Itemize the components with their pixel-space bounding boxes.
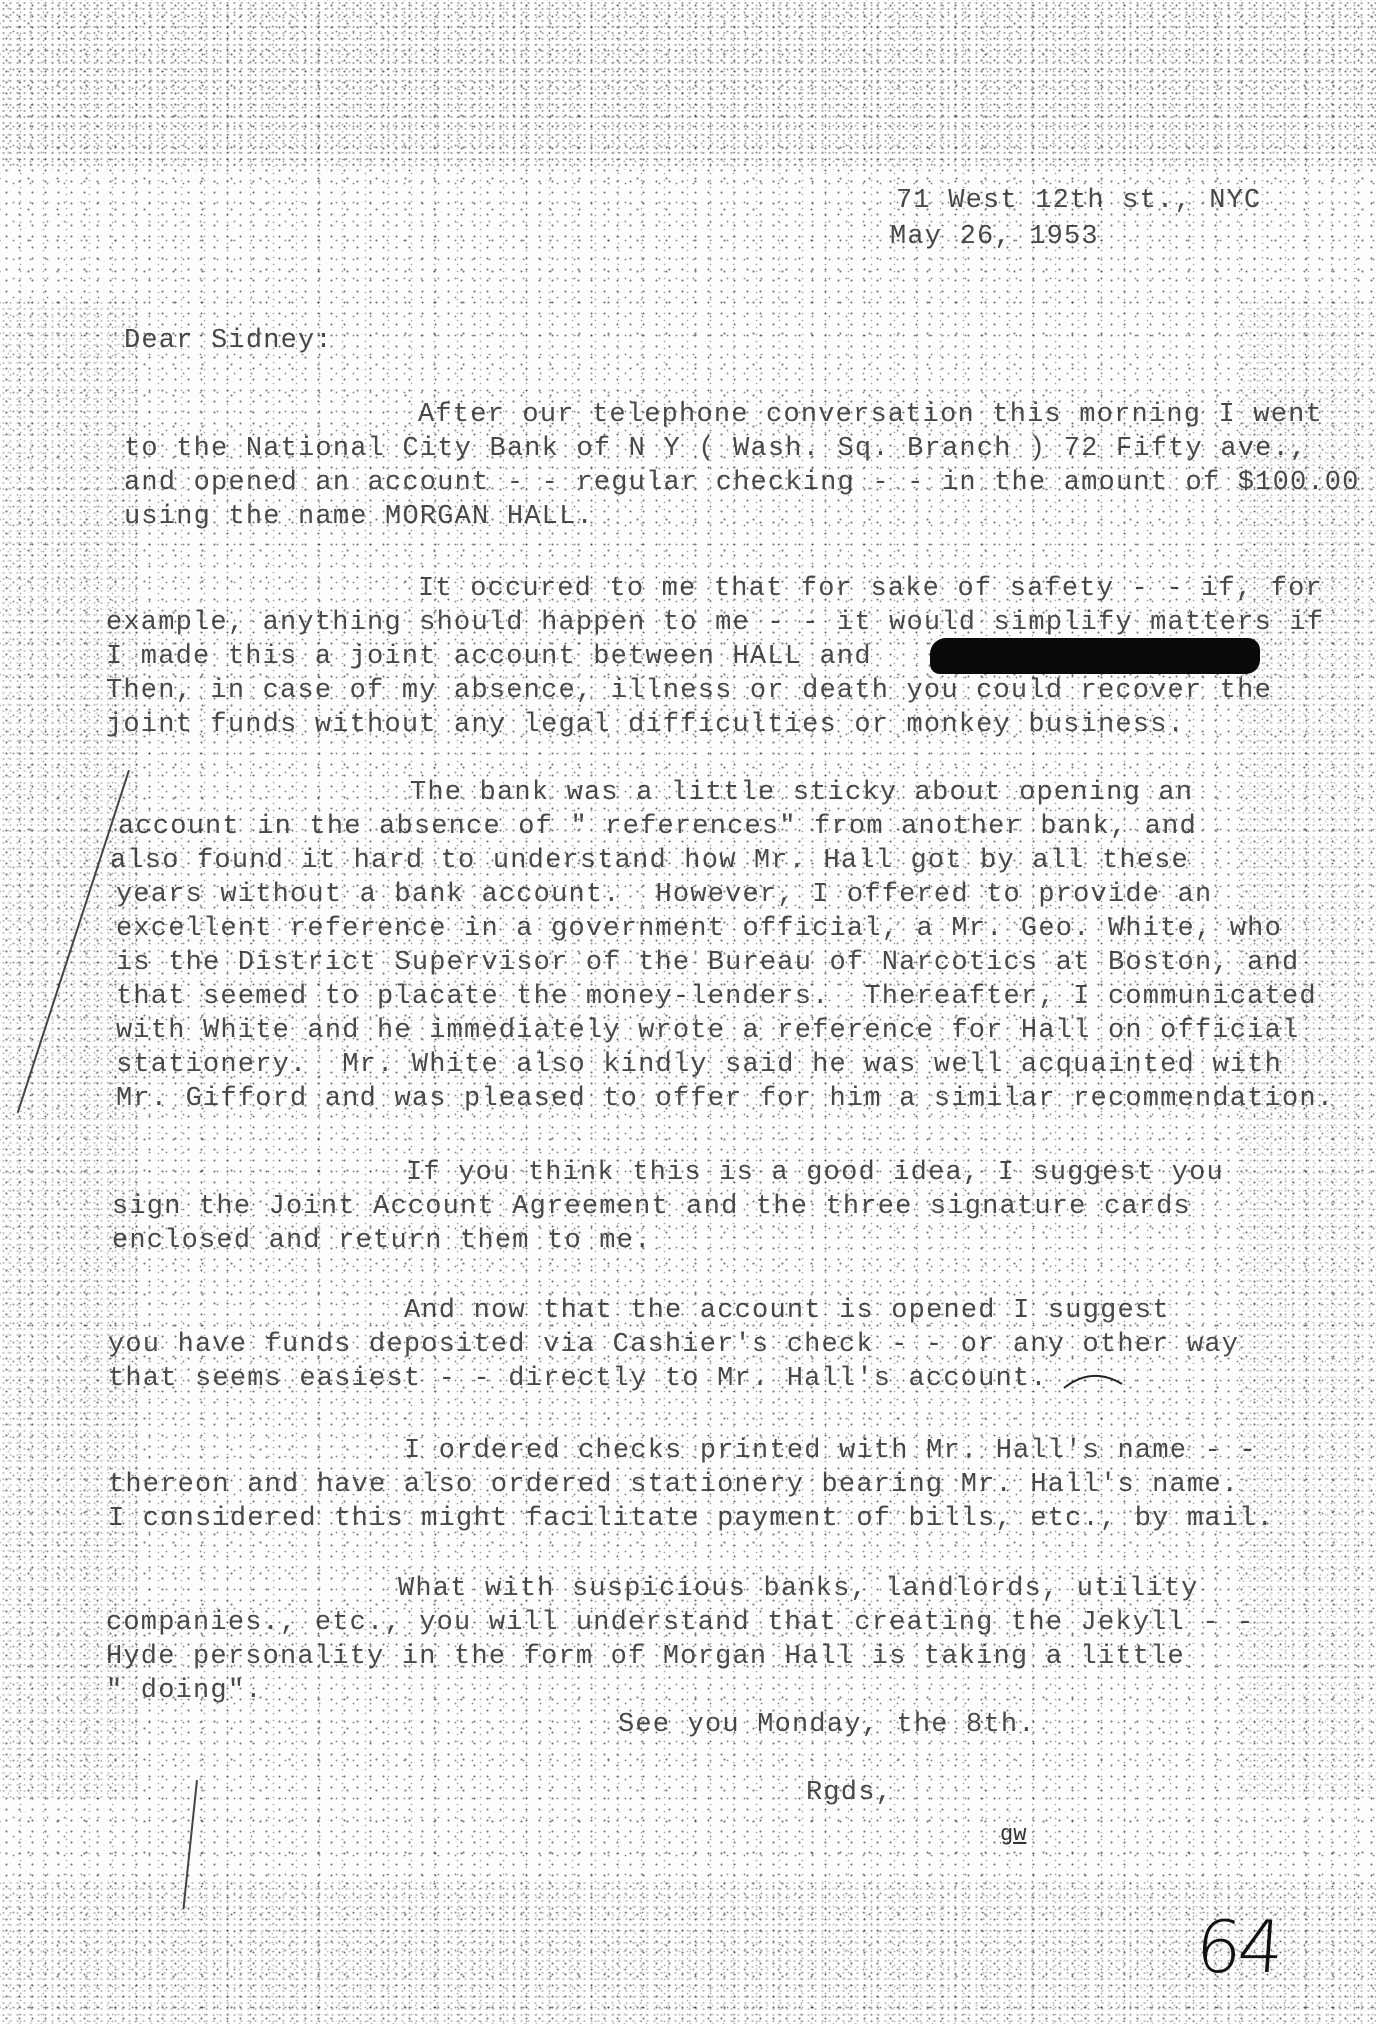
paragraph-line: thereon and have also ordered stationery…: [108, 1470, 1239, 1500]
paragraph-line: I ordered checks printed with Mr. Hall's…: [404, 1436, 1257, 1466]
pen-mark-icon: [1062, 1366, 1142, 1396]
redaction-bar: [930, 638, 1260, 674]
paragraph-line: using the name MORGAN HALL.: [124, 502, 594, 532]
paragraph-line: that seemed to placate the money-lenders…: [116, 982, 1317, 1012]
paragraph-line: Then, in case of my absence, illness or …: [106, 676, 1272, 706]
scanned-letter-page: 71 West 12th st., NYC May 26, 1953 Dear …: [0, 0, 1376, 2024]
salutation: Dear Sidney:: [124, 326, 333, 356]
closing-line: See you Monday, the 8th.: [618, 1710, 1036, 1740]
paragraph-line: excellent reference in a government offi…: [116, 914, 1282, 944]
paragraph-line: is the District Supervisor of the Bureau…: [116, 948, 1299, 978]
paragraph-line: sign the Joint Account Agreement and the…: [112, 1192, 1191, 1222]
paragraph-line: After our telephone conversation this mo…: [418, 400, 1323, 430]
paragraph-line: also found it hard to understand how Mr.…: [110, 846, 1189, 876]
paragraph-line: And now that the account is opened I sug…: [404, 1296, 1170, 1326]
paragraph-line: " doing".: [106, 1676, 263, 1706]
scan-noise-top: [0, 0, 1376, 170]
paragraph-line: and opened an account - - regular checki…: [124, 468, 1360, 498]
signature-initials: gw: [1000, 1822, 1026, 1847]
paragraph-line: you have funds deposited via Cashier's c…: [108, 1330, 1239, 1360]
paragraph-line: example, anything should happen to me - …: [106, 608, 1324, 638]
paragraph-line: years without a bank account. However, I…: [116, 880, 1212, 910]
paragraph-line: I considered this might facilitate payme…: [108, 1504, 1274, 1534]
paragraph-line: account in the absence of " references" …: [118, 812, 1197, 842]
paragraph-line: The bank was a little sticky about openi…: [410, 778, 1193, 808]
paragraph-line: to the National City Bank of N Y ( Wash.…: [124, 434, 1307, 464]
paragraph-line: It occured to me that for sake of safety…: [418, 574, 1323, 604]
sender-address: 71 West 12th st., NYC: [896, 186, 1261, 216]
paragraph-line: joint funds without any legal difficulti…: [106, 710, 1185, 740]
paragraph-line: If you think this is a good idea, I sugg…: [406, 1158, 1224, 1188]
paragraph-line: enclosed and return them to me.: [112, 1226, 651, 1256]
scan-noise-bottom: [0, 1880, 1376, 2024]
sign-off: Rgds,: [806, 1778, 893, 1808]
paragraph-line: stationery. Mr. White also kindly said h…: [116, 1050, 1282, 1080]
paragraph-line: I made this a joint account between HALL…: [106, 642, 872, 672]
letter-date: May 26, 1953: [890, 222, 1099, 252]
paragraph-line: Mr. Gifford and was pleased to offer for…: [116, 1084, 1334, 1114]
paragraph-line: that seems easiest - - directly to Mr. H…: [108, 1364, 1048, 1394]
handwritten-page-number: 64: [1193, 1905, 1282, 1989]
paragraph-line: What with suspicious banks, landlords, u…: [398, 1574, 1199, 1604]
paragraph-line: Hyde personality in the form of Morgan H…: [106, 1642, 1185, 1672]
paragraph-line: with White and he immediately wrote a re…: [116, 1016, 1299, 1046]
paragraph-line: companies., etc., you will understand th…: [106, 1608, 1255, 1638]
